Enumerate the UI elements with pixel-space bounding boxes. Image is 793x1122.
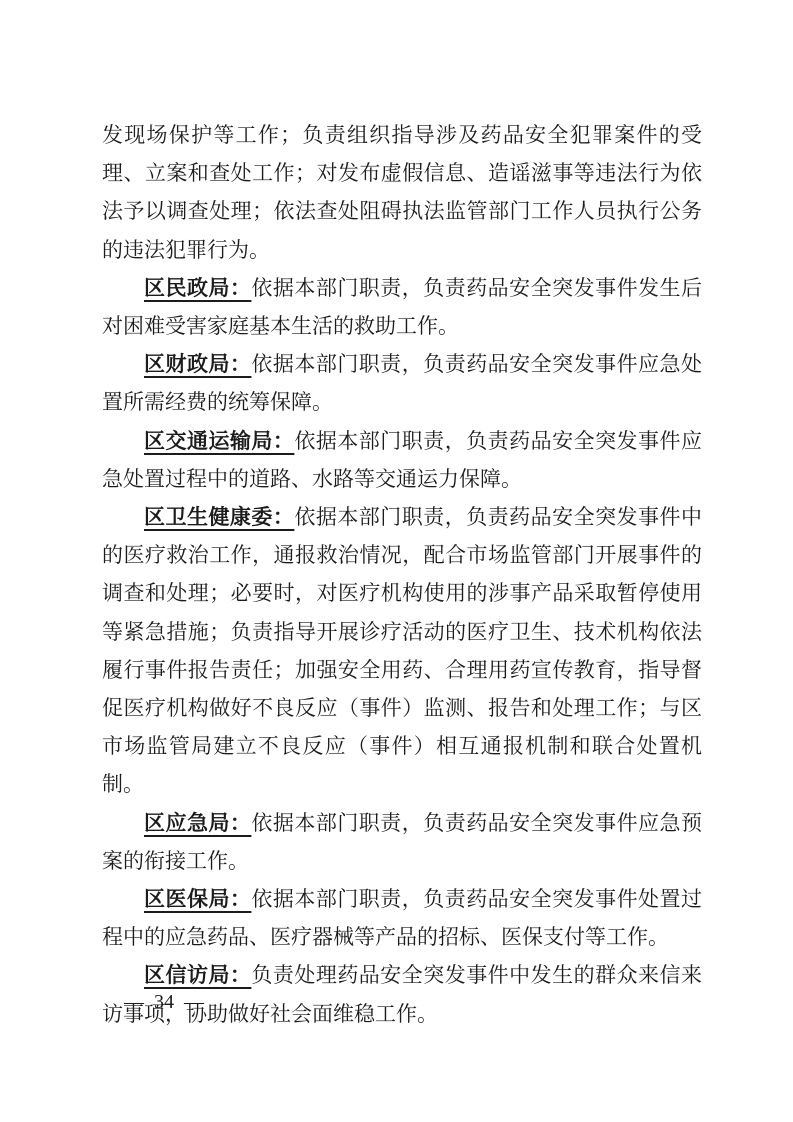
paragraph-police-continuation: 发现场保护等工作；负责组织指导涉及药品安全犯罪案件的受理、立案和查处工作；对发布… (102, 116, 702, 269)
paragraph-medical-insurance-bureau: 区医保局：依据本部门职责，负责药品安全突发事件处置过程中的应急药品、医疗器械等产… (102, 880, 702, 956)
paragraph-head: 区应急局： (144, 811, 251, 835)
document-page: 发现场保护等工作；负责组织指导涉及药品安全犯罪案件的受理、立案和查处工作；对发布… (0, 0, 793, 1122)
paragraph-head: 区卫生健康委： (144, 505, 294, 529)
paragraph-civil-affairs-bureau: 区民政局：依据本部门职责，负责药品安全突发事件发生后对困难受害家庭基本生活的救助… (102, 269, 702, 345)
paragraph-transport-bureau: 区交通运输局：依据本部门职责，负责药品安全突发事件应急处置过程中的道路、水路等交… (102, 422, 702, 498)
paragraph-text: 依据本部门职责，负责药品安全突发事件中的医疗救治工作，通报救治情况，配合市场监管… (102, 505, 702, 796)
document-body: 发现场保护等工作；负责组织指导涉及药品安全犯罪案件的受理、立案和查处工作；对发布… (102, 116, 702, 1033)
page-number: — 34 — (124, 989, 204, 1015)
paragraph-finance-bureau: 区财政局：依据本部门职责，负责药品安全突发事件应急处置所需经费的统筹保障。 (102, 345, 702, 421)
paragraph-head: 区财政局： (144, 352, 251, 376)
paragraph-head: 区民政局： (144, 276, 251, 300)
paragraph-head: 区信访局： (144, 963, 251, 987)
paragraph-head: 区医保局： (144, 887, 251, 911)
paragraph-emergency-bureau: 区应急局：依据本部门职责，负责药品安全突发事件应急预案的衔接工作。 (102, 804, 702, 880)
paragraph-head: 区交通运输局： (144, 429, 294, 453)
paragraph-health-commission: 区卫生健康委：依据本部门职责，负责药品安全突发事件中的医疗救治工作，通报救治情况… (102, 498, 702, 804)
paragraph-text: 发现场保护等工作；负责组织指导涉及药品安全犯罪案件的受理、立案和查处工作；对发布… (102, 123, 702, 262)
